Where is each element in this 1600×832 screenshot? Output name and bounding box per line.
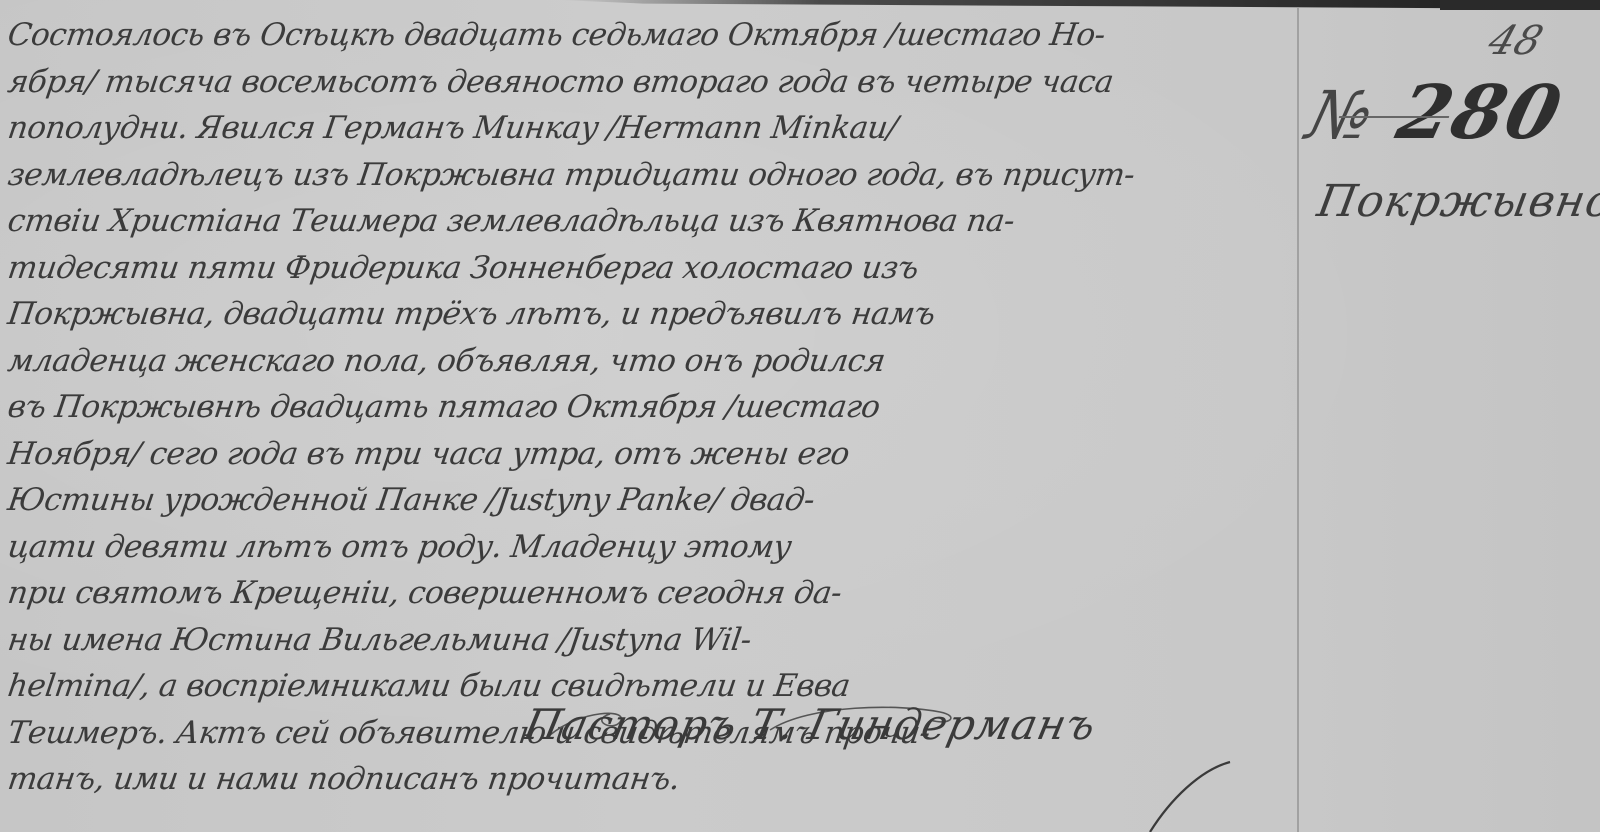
margin-rule-line xyxy=(1297,8,1299,832)
body-line-17: танъ, ими и нами подписанъ прочитанъ. xyxy=(5,756,1297,803)
body-line-11: Юстины урожденной Панке /Justyny Panke/ … xyxy=(5,477,1297,524)
body-line-6: тидесяти пяти Фридерика Зонненберга холо… xyxy=(5,245,1297,292)
body-line-8: младенца женскаго пола, объявляя, что он… xyxy=(5,338,1297,385)
body-line-12: цати девяти лѣтъ отъ роду. Младенцу этом… xyxy=(5,524,1297,571)
body-line-9: въ Покржывнѣ двадцать пятаго Октября /ше… xyxy=(5,384,1297,431)
body-line-3: пополудни. Явился Германъ Минкау /Herman… xyxy=(5,105,1297,152)
body-line-4: землевладѣлецъ изъ Покржывна тридцати од… xyxy=(5,152,1297,199)
body-line-14: ны имена Юстина Вильгельмина /Justyna Wi… xyxy=(5,617,1297,664)
page-number: 48 xyxy=(1483,18,1549,64)
pastor-signature: Пасторъ Т. Гиндерманъ xyxy=(520,700,1101,749)
margin-annotation: 48 № 280 Покржывно. xyxy=(1300,8,1600,308)
body-line-1: Состоялось въ Осѣцкѣ двадцать седьмаго О… xyxy=(5,12,1297,59)
document-page: Состоялось въ Осѣцкѣ двадцать седьмаго О… xyxy=(0,0,1600,832)
body-line-2: ября/ тысяча восемьсотъ девяносто втораг… xyxy=(5,59,1297,106)
signature-flourish-tail xyxy=(1130,760,1240,832)
body-line-10: Ноября/ сего года въ три часа утра, отъ … xyxy=(5,431,1297,478)
record-number: № 280 xyxy=(1299,70,1571,156)
record-number-digits: 280 xyxy=(1389,70,1571,156)
body-line-13: при святомъ Крещеніи, совершенномъ сегод… xyxy=(5,570,1297,617)
place-name: Покржывно. xyxy=(1314,176,1600,227)
record-body: Состоялось въ Осѣцкѣ двадцать седьмаго О… xyxy=(8,12,1293,803)
body-line-7: Покржывна, двадцати трёхъ лѣтъ, и предъя… xyxy=(5,291,1297,338)
numero-crossbar xyxy=(1339,116,1449,118)
body-line-5: ствіи Христіана Тешмера землевладѣльца и… xyxy=(5,198,1297,245)
